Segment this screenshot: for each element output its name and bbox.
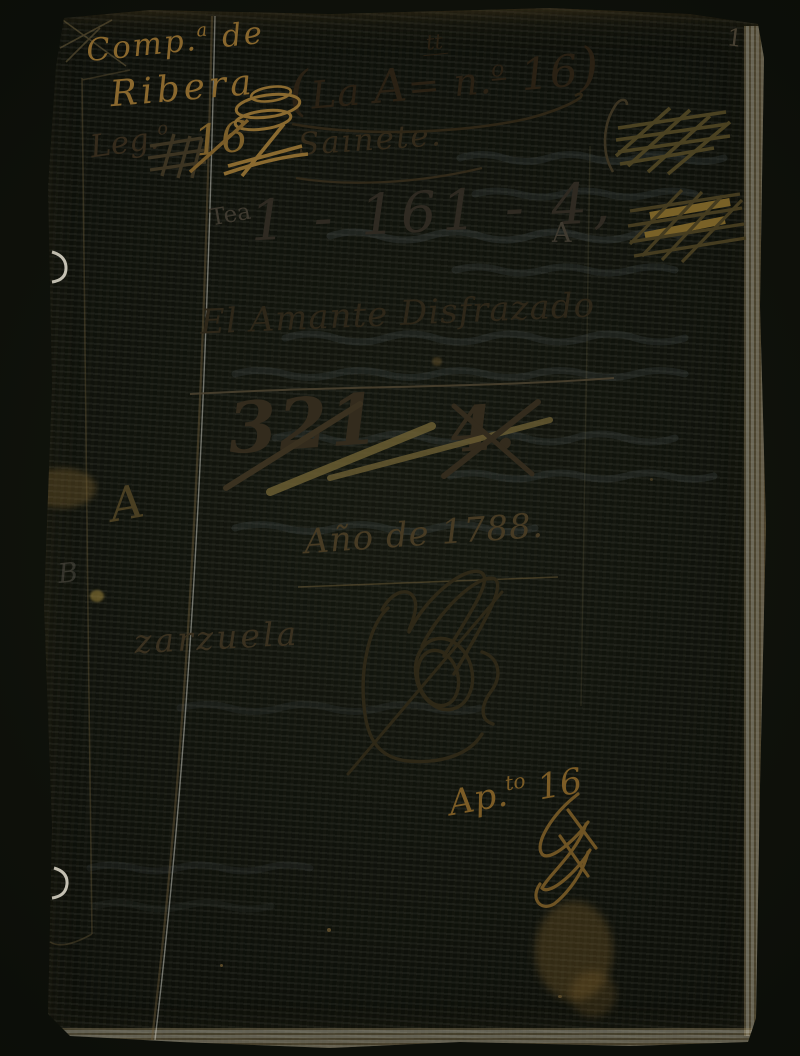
crossed-out-block-1 bbox=[616, 108, 730, 174]
work-title: El Amante Disfrazado bbox=[199, 285, 596, 342]
catalog-n: n. bbox=[438, 58, 493, 106]
margin-letter-b: B bbox=[56, 557, 79, 590]
open-paren: ( bbox=[286, 59, 313, 124]
manuscript-cover-page: 1 Comp.a de Ribera (La A= n.o 16) tt Leg… bbox=[30, 6, 770, 1050]
crossed-number-left: 321 bbox=[225, 377, 383, 470]
flourish-hook bbox=[605, 100, 627, 172]
year-underline bbox=[298, 577, 558, 587]
genre-zarzuela: zarzuela bbox=[133, 614, 300, 662]
edge-stain bbox=[30, 468, 96, 508]
page-block-edge-bottom bbox=[54, 1028, 754, 1050]
crossed-number-right: 4. bbox=[448, 390, 518, 467]
speck bbox=[650, 478, 653, 481]
company-de: de bbox=[208, 15, 266, 56]
catalog-o-superscript: o bbox=[490, 57, 506, 83]
company-abbrev: Comp. bbox=[85, 22, 200, 69]
speck bbox=[327, 928, 331, 932]
genre-sainete: Sainete. bbox=[297, 117, 444, 163]
page-block-edge-right bbox=[744, 26, 770, 1036]
company-line-2: Ribera bbox=[108, 62, 257, 116]
shelfmark-prefix: Tea bbox=[208, 199, 253, 232]
catalog-la: La bbox=[309, 68, 376, 117]
approval-superscript: to bbox=[503, 768, 527, 795]
year-line: Año de 1788. bbox=[303, 506, 545, 563]
approval-number: 16 bbox=[524, 761, 586, 810]
approval-note: Ap.to 16 bbox=[445, 761, 585, 824]
catalog-number: 16 bbox=[504, 45, 581, 102]
speck bbox=[765, 469, 769, 473]
shelfmark-suffix: A bbox=[552, 218, 572, 249]
crossed-out-block-2 bbox=[628, 190, 746, 262]
speck bbox=[558, 995, 562, 998]
central-rubric-flourish bbox=[348, 571, 502, 774]
approval-abbrev: Ap. bbox=[446, 774, 511, 824]
legajo-superscript: o bbox=[156, 117, 170, 139]
bottom-rubric-flourish bbox=[536, 794, 596, 906]
folio-number: 1 bbox=[725, 23, 744, 53]
legajo-abbrev: Leg. bbox=[88, 120, 161, 165]
legajo-period: . bbox=[244, 136, 255, 176]
legajo-number: 16 bbox=[192, 111, 250, 165]
catalog-tt-superscript: tt bbox=[421, 29, 448, 56]
legajo-label: Leg.o bbox=[88, 119, 172, 166]
company-line-1: Comp.a de bbox=[85, 15, 266, 69]
fold-crease bbox=[152, 16, 212, 1040]
manuscript-photo: 1 Comp.a de Ribera (La A= n.o 16) tt Leg… bbox=[0, 0, 800, 1056]
fox-spot bbox=[90, 590, 104, 602]
close-paren: ) bbox=[576, 37, 602, 99]
catalog-a: A bbox=[371, 57, 410, 114]
company-abbrev-superscript: a bbox=[195, 19, 210, 41]
margin-letter-a: A bbox=[106, 474, 148, 533]
speck bbox=[220, 964, 223, 967]
ink-stain bbox=[570, 971, 616, 1017]
fox-spot bbox=[432, 357, 442, 366]
catalog-equals: = bbox=[406, 62, 443, 109]
fold-crease-highlight bbox=[155, 16, 215, 1040]
